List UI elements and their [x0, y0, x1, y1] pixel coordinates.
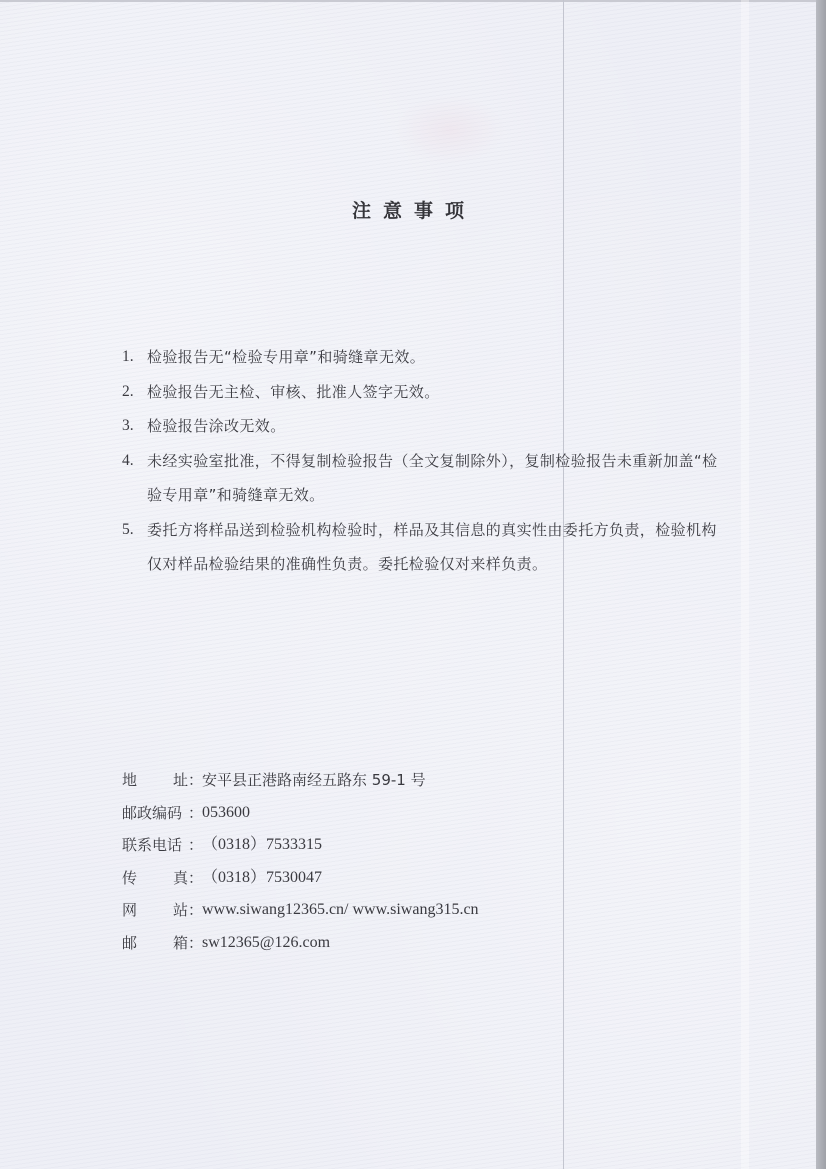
contact-fax: 传 真 ： （0318）7530047: [122, 862, 622, 895]
contact-phone: 联系电话 ： （0318）7533315: [122, 829, 622, 862]
note-item-3: 3. 检验报告涂改无效。: [122, 409, 732, 444]
label-char: 邮: [122, 927, 137, 960]
contact-label: 地 址: [122, 764, 188, 797]
label-colon: ：: [188, 829, 202, 862]
label-colon: ：: [188, 862, 202, 895]
label-char: 网: [122, 894, 137, 927]
note-number: 3.: [122, 409, 147, 444]
contact-label: 邮 箱: [122, 927, 188, 960]
contact-website: 网 站 ： www.siwang12365.cn/ www.siwang315.…: [122, 894, 622, 927]
note-text: 检验报告涂改无效。: [147, 409, 732, 444]
faint-seal-mark: [395, 95, 505, 165]
note-text: 委托方将样品送到检验机构检验时，样品及其信息的真实性由委托方负责，检验机构仅对样…: [147, 513, 732, 582]
address-value: 安平县正港路南经五路东 59-1 号: [202, 764, 426, 797]
website-value: www.siwang12365.cn/ www.siwang315.cn: [202, 894, 479, 927]
note-text: 未经实验室批准，不得复制检验报告（全文复制除外），复制检验报告未重新加盖“检验专…: [147, 444, 732, 513]
note-item-5: 5. 委托方将样品送到检验机构检验时，样品及其信息的真实性由委托方负责，检验机构…: [122, 513, 732, 582]
contact-label: 邮政编码: [122, 797, 188, 830]
label-char: 址: [173, 764, 188, 797]
note-number: 4.: [122, 444, 147, 479]
note-text: 检验报告无“检验专用章”和骑缝章无效。: [147, 340, 732, 375]
label-colon: ：: [188, 894, 202, 927]
contact-label: 传 真: [122, 862, 188, 895]
phone-value: （0318）7533315: [202, 829, 322, 862]
note-number: 5.: [122, 513, 147, 548]
contact-address: 地 址 ： 安平县正港路南经五路东 59-1 号: [122, 764, 622, 797]
email-value: sw12365@126.com: [202, 927, 330, 960]
note-number: 2.: [122, 375, 147, 410]
label-char: 箱: [173, 927, 188, 960]
page-top-edge: [0, 0, 816, 2]
label-colon: ：: [188, 764, 202, 797]
fold-band: [741, 0, 749, 1169]
note-number: 1.: [122, 340, 147, 375]
label-char: 真: [173, 862, 188, 895]
contact-postcode: 邮政编码 ： 053600: [122, 797, 622, 830]
page-title: 注意事项: [0, 196, 816, 223]
label-colon: ：: [188, 927, 202, 960]
contact-email: 邮 箱 ： sw12365@126.com: [122, 927, 622, 960]
fax-value: （0318）7530047: [202, 862, 322, 895]
note-item-1: 1. 检验报告无“检验专用章”和骑缝章无效。: [122, 340, 732, 375]
document-page: 注意事项 1. 检验报告无“检验专用章”和骑缝章无效。 2. 检验报告无主检、审…: [0, 0, 816, 1169]
contact-info: 地 址 ： 安平县正港路南经五路东 59-1 号 邮政编码 ： 053600 联…: [122, 764, 622, 959]
scan-edge: [816, 0, 826, 1169]
label-char: 传: [122, 862, 137, 895]
contact-label: 联系电话: [122, 829, 188, 862]
note-item-2: 2. 检验报告无主检、审核、批准人签字无效。: [122, 375, 732, 410]
label-colon: ：: [188, 797, 202, 830]
label-char: 地: [122, 764, 137, 797]
contact-label: 网 站: [122, 894, 188, 927]
notes-list: 1. 检验报告无“检验专用章”和骑缝章无效。 2. 检验报告无主检、审核、批准人…: [122, 340, 732, 582]
postcode-value: 053600: [202, 797, 250, 830]
label-char: 站: [173, 894, 188, 927]
fold-line: [563, 0, 564, 1169]
note-item-4: 4. 未经实验室批准，不得复制检验报告（全文复制除外），复制检验报告未重新加盖“…: [122, 444, 732, 513]
note-text: 检验报告无主检、审核、批准人签字无效。: [147, 375, 732, 410]
